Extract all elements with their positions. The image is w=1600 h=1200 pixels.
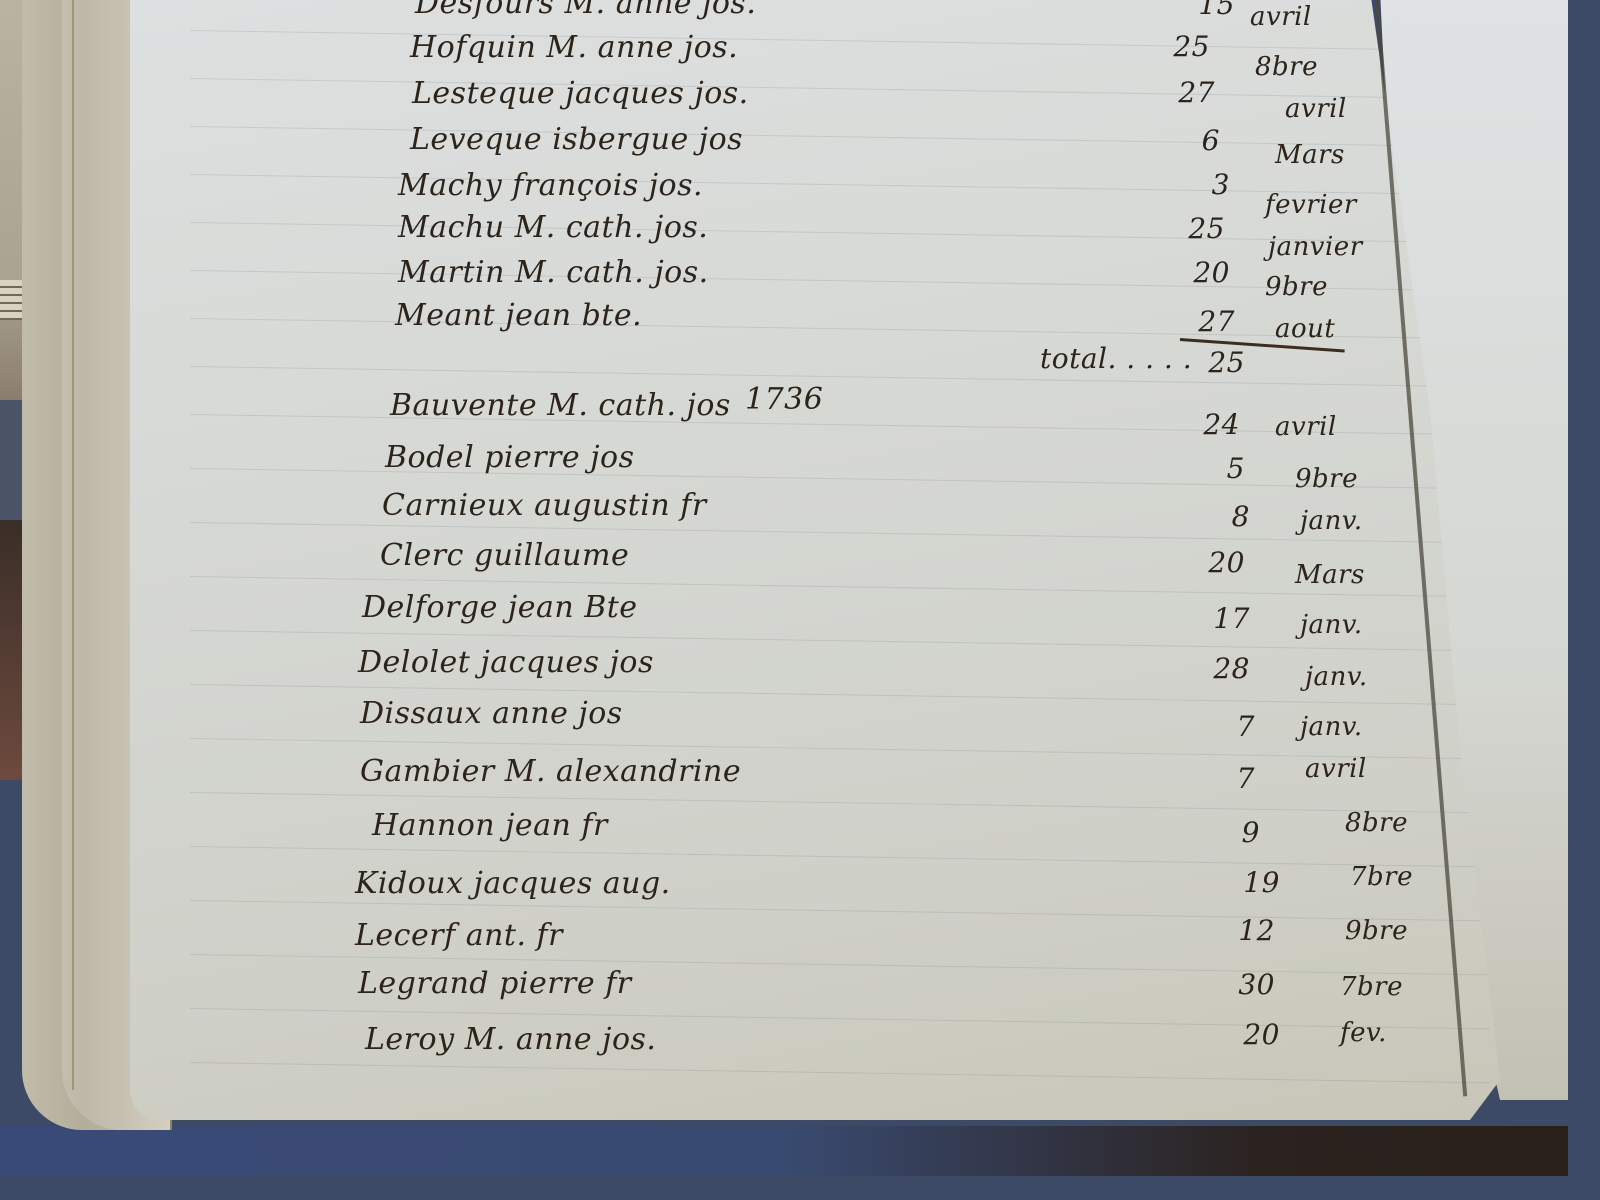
entry-name: Delforge jean Bte: [362, 590, 638, 625]
entry-month: 9bre: [1295, 464, 1358, 494]
entry-day: 7: [1195, 710, 1255, 743]
entry-day: 3: [1170, 168, 1230, 201]
entry-day: 25: [1150, 30, 1210, 63]
entry-day: 19: [1220, 866, 1280, 899]
entry-name: Hannon jean fr: [372, 808, 608, 843]
entry-day: 30: [1215, 968, 1275, 1001]
ruled-line: [190, 366, 1490, 387]
entry-name: Carnieux augustin fr: [382, 488, 707, 523]
entry-name: Bauvente M. cath. jos: [390, 388, 731, 423]
year-note: 1736: [745, 382, 823, 417]
entry-month: avril: [1250, 2, 1312, 32]
entry-name: Meant jean bte.: [395, 298, 642, 333]
entry-day: 12: [1215, 914, 1275, 947]
total-value: 25: [1185, 346, 1245, 379]
entry-day: 28: [1190, 652, 1250, 685]
entry-month: avril: [1305, 754, 1367, 784]
entry-month: 7bre: [1340, 972, 1403, 1002]
entry-month: janv.: [1300, 506, 1363, 536]
entry-month: janv.: [1300, 712, 1363, 742]
entry-name: Gambier M. alexandrine: [360, 754, 741, 789]
entry-month: fev.: [1340, 1018, 1387, 1048]
entry-month: 9bre: [1345, 916, 1408, 946]
entry-name: Lecerf ant. fr: [355, 918, 563, 953]
entry-day: 27: [1155, 76, 1215, 109]
entry-month: 8bre: [1345, 808, 1408, 838]
entry-month: aout: [1275, 314, 1335, 344]
background-table-surface: [0, 1126, 1568, 1176]
entry-day: 9: [1200, 816, 1260, 849]
entry-day: 15: [1175, 0, 1235, 21]
entry-day: 6: [1160, 124, 1220, 157]
entry-month: avril: [1285, 94, 1347, 124]
entry-name: Delolet jacques jos: [358, 645, 654, 680]
entry-day: 25: [1165, 212, 1225, 245]
entry-day: 17: [1190, 602, 1250, 635]
entry-name: Kidoux jacques aug.: [355, 866, 671, 901]
entry-day: 5: [1185, 452, 1245, 485]
entry-month: 9bre: [1265, 272, 1328, 302]
entry-day: 8: [1190, 500, 1250, 533]
entry-month: 7bre: [1350, 862, 1413, 892]
entry-day: 27: [1175, 305, 1235, 338]
entry-month: janv.: [1305, 662, 1368, 692]
entry-name: Machy françois jos.: [398, 168, 703, 203]
entry-day: 7: [1195, 762, 1255, 795]
entry-day: 20: [1170, 256, 1230, 289]
entry-name: Legrand pierre fr: [358, 966, 632, 1001]
ruled-line: [190, 846, 1490, 867]
entry-name: Dissaux anne jos: [360, 696, 623, 731]
entry-month: 8bre: [1255, 52, 1318, 82]
ruled-line: [190, 30, 1490, 51]
entry-name: Desfours M. anne jos.: [415, 0, 756, 21]
entry-month: janv.: [1300, 610, 1363, 640]
entry-name: Clerc guillaume: [380, 538, 629, 573]
entry-month: janvier: [1268, 232, 1363, 262]
entry-day: 20: [1185, 546, 1245, 579]
entry-name: Hofquin M. anne jos.: [410, 30, 738, 65]
entry-month: fevrier: [1265, 190, 1357, 220]
entry-name: Leroy M. anne jos.: [365, 1022, 656, 1057]
entry-month: Mars: [1275, 140, 1345, 170]
entry-month: avril: [1275, 412, 1337, 442]
entry-name: Bodel pierre jos: [385, 440, 634, 475]
total-label: total. . . . .: [1040, 342, 1192, 375]
entry-month: Mars: [1295, 560, 1365, 590]
entry-day: 24: [1180, 408, 1240, 441]
entry-name: Lesteque jacques jos.: [412, 76, 749, 111]
entry-name: Leveque isbergue jos: [410, 122, 743, 157]
ruled-line: [190, 1062, 1490, 1083]
entry-name: Machu M. cath. jos.: [398, 210, 708, 245]
entry-name: Martin M. cath. jos.: [398, 255, 709, 290]
entry-day: 20: [1220, 1018, 1280, 1051]
